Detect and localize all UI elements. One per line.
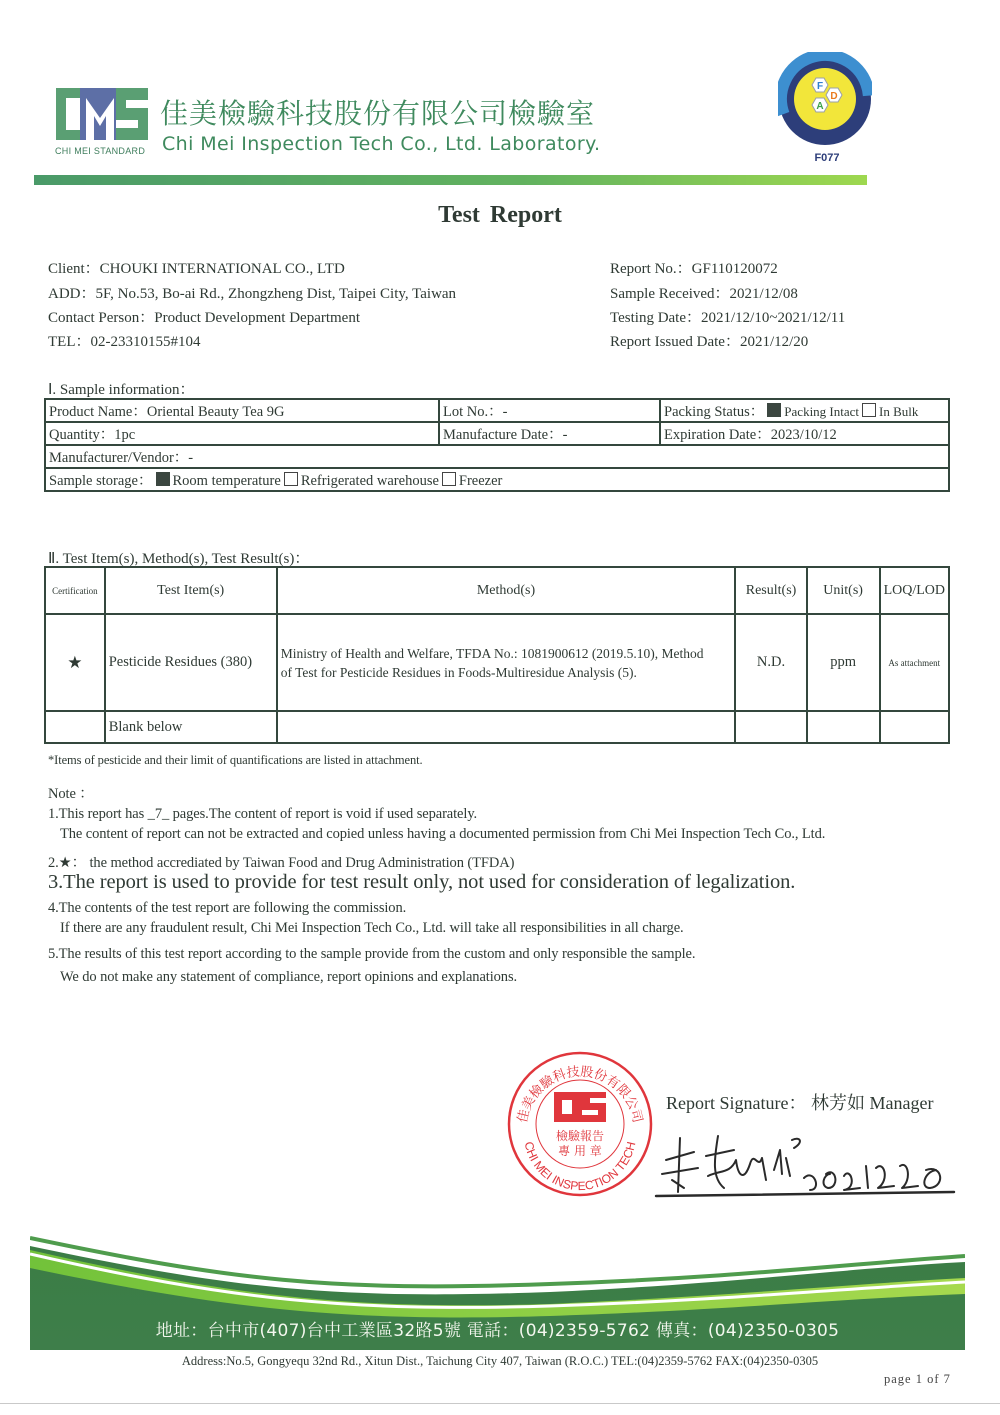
- report-signature-label: Report Signature： 林芳如 Manager: [666, 1089, 933, 1115]
- in-bulk-label: In Bulk: [879, 404, 918, 419]
- note-1: 1.This report has _7_ pages.The content …: [48, 806, 477, 823]
- seal-center-line-2: 專 用 章: [558, 1143, 602, 1158]
- col-methods: Method(s): [277, 567, 736, 614]
- svg-text:A: A: [816, 101, 823, 112]
- packing-intact-label: Packing Intact: [784, 404, 859, 419]
- blank-cell: [277, 711, 736, 743]
- note-2: 2.★： the method accrediated by Taiwan Fo…: [48, 851, 514, 872]
- footer-address-en: Address:No.5, Gongyequ 32nd Rd., Xitun D…: [0, 1354, 1000, 1369]
- client-name: Client：CHOUKI INTERNATIONAL CO., LTD: [48, 257, 345, 278]
- quantity: Quantity：1pc: [45, 422, 439, 445]
- sample-storage: Sample storage：Room temperatureRefrigera…: [45, 468, 949, 491]
- sample-info-table: Product Name：Oriental Beauty Tea 9G Lot …: [44, 398, 950, 492]
- col-loq-lod: LOQ/LOD: [880, 567, 949, 614]
- test-unit: ppm: [807, 614, 880, 711]
- lot-number: Lot No.：-: [439, 399, 660, 422]
- checkbox-in-bulk[interactable]: [862, 403, 876, 417]
- manufacture-date: Manufacture Date：-: [439, 422, 660, 445]
- test-loq-lod: As attachment: [880, 614, 949, 711]
- freezer-label: Freezer: [459, 473, 502, 489]
- testing-date: Testing Date：2021/12/10~2021/12/11: [610, 306, 845, 327]
- seal-center-line-1: 檢驗報告: [556, 1128, 604, 1143]
- table-row: Blank below: [45, 711, 949, 743]
- test-result: N.D.: [735, 614, 806, 711]
- test-item: Pesticide Residues (380): [105, 614, 277, 711]
- method-line-1: Ministry of Health and Welfare, TFDA No.…: [281, 644, 732, 663]
- note-heading: Note ：: [48, 782, 94, 803]
- manufacturer-vendor: Manufacturer/Vendor：-: [45, 445, 949, 468]
- report-issued-date: Report Issued Date：2021/12/20: [610, 330, 808, 351]
- cms-logo: [56, 88, 148, 140]
- method-line-2: of Test for Pesticide Residues in Foods-…: [281, 663, 732, 682]
- col-units: Unit(s): [807, 567, 880, 614]
- room-temperature-label: Room temperature: [173, 473, 281, 489]
- checkbox-room-temperature[interactable]: [156, 472, 170, 486]
- packing-status-label: Packing Status：: [664, 404, 764, 420]
- report-number: Report No.：GF110120072: [610, 257, 778, 278]
- product-name: Product Name：Oriental Beauty Tea 9G: [45, 399, 439, 422]
- company-name-zh: 佳美檢驗科技股份有限公司檢驗室: [160, 92, 595, 132]
- logo-subtitle: CHI MEI STANDARD: [55, 146, 145, 156]
- checkbox-packing-intact[interactable]: [767, 403, 781, 417]
- col-certification: Certification: [45, 567, 105, 614]
- note-5: 5.The results of this test report accord…: [48, 946, 695, 963]
- svg-text:D: D: [830, 91, 837, 102]
- checkbox-freezer[interactable]: [442, 472, 456, 486]
- checkbox-refrigerated[interactable]: [284, 472, 298, 486]
- sample-info-heading: Ⅰ. Sample information：: [48, 378, 195, 399]
- page-title: Test Report: [0, 202, 1000, 229]
- col-results: Result(s): [735, 567, 806, 614]
- fda-code: F077: [780, 152, 874, 164]
- expiration-date: Expiration Date：2023/10/12: [660, 422, 949, 445]
- note-5-continued: We do not make any statement of complian…: [60, 969, 517, 986]
- footer-address-zh: 地址：台中市(407)台中工業區32路5號 電話：(04)2359-5762 傳…: [30, 1316, 965, 1341]
- blank-cell: [807, 711, 880, 743]
- contact-person: Contact Person：Product Development Depar…: [48, 306, 360, 327]
- company-seal-stamp-icon: 佳美檢驗科技股份有限公司 CHI MEI INSPECTION TECH 檢驗報…: [506, 1050, 654, 1198]
- fda-accreditation-badge-icon: F D A: [778, 52, 872, 146]
- refrigerated-label: Refrigerated warehouse: [301, 473, 439, 489]
- note-4: 4.The contents of the test report are fo…: [48, 900, 406, 917]
- client-address: ADD：5F, No.53, Bo-ai Rd., Zhongzheng Dis…: [48, 282, 456, 303]
- svg-text:F: F: [817, 81, 823, 92]
- test-method: Ministry of Health and Welfare, TFDA No.…: [277, 614, 736, 711]
- test-results-heading: Ⅱ. Test Item(s), Method(s), Test Result(…: [48, 547, 309, 568]
- note-3: 3.The report is used to provide for test…: [48, 871, 795, 894]
- page-number: page 1 of 7: [884, 1372, 951, 1387]
- header-divider-bar: [34, 175, 867, 185]
- storage-label: Sample storage：: [49, 473, 153, 489]
- handwritten-signature: [654, 1130, 964, 1200]
- sample-received-date: Sample Received：2021/12/08: [610, 282, 798, 303]
- col-test-items: Test Item(s): [105, 567, 277, 614]
- company-name-en: Chi Mei Inspection Tech Co., Ltd. Labora…: [162, 133, 600, 155]
- blank-cell: [880, 711, 949, 743]
- blank-cell: [45, 711, 105, 743]
- note-1-continued: The content of report can not be extract…: [60, 826, 825, 843]
- blank-below-label: Blank below: [105, 711, 277, 743]
- note-4-continued: If there are any fraudulent result, Chi …: [60, 920, 684, 937]
- table-footnote: *Items of pesticide and their limit of q…: [48, 753, 423, 768]
- table-row: ★ Pesticide Residues (380) Ministry of H…: [45, 614, 949, 711]
- star-icon: ★: [45, 614, 105, 711]
- bottom-divider: [0, 1403, 1000, 1404]
- client-tel: TEL：02-23310155#104: [48, 330, 200, 351]
- packing-status: Packing Status：Packing IntactIn Bulk: [660, 399, 949, 422]
- table-header-row: Certification Test Item(s) Method(s) Res…: [45, 567, 949, 614]
- test-results-table: Certification Test Item(s) Method(s) Res…: [44, 566, 950, 744]
- blank-cell: [735, 711, 806, 743]
